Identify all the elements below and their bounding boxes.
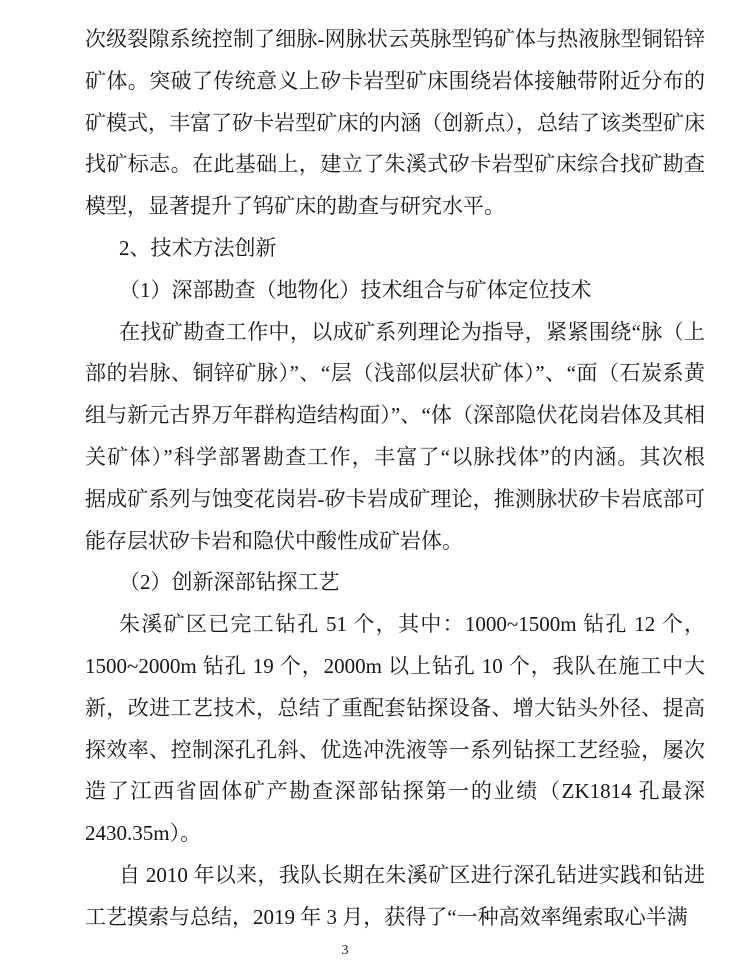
text-line: 部的岩脉、铜锌矿脉）”、“层（浅部似层状矿体）”、“面（石炭系黄龙 [85, 353, 705, 395]
text-line: 能存层状矽卡岩和隐伏中酸性成矿岩体。 [85, 521, 705, 563]
text-line: 关矿体）”科学部署勘查工作，丰富了“以脉找体”的内涵。其次根 [85, 437, 705, 479]
text-line: 工艺摸索与总结，2019 年 3 月，获得了“一种高效率绳索取心半满 [85, 897, 705, 939]
page-number: 3 [0, 941, 690, 961]
text-line: 新，改进工艺技术，总结了重配套钻探设备、增大钻头外径、提高钻 [85, 688, 705, 730]
paragraph: 次级裂隙系统控制了细脉-网脉状云英脉型钨矿体与热液脉型铜铅锌矿体。突破了传统意义… [85, 19, 705, 228]
text-line: 2430.35m）。 [85, 813, 705, 855]
text-line: 组与新元古界万年群构造结构面）”、“体（深部隐伏花岗岩体及其相 [85, 395, 705, 437]
paragraph: （2）创新深部钻探工艺 [85, 562, 705, 604]
text-line: （2）创新深部钻探工艺 [85, 562, 705, 604]
text-line: （1）深部勘查（地物化）技术组合与矿体定位技术 [85, 270, 705, 312]
paragraph: 朱溪矿区已完工钻孔 51 个，其中：1000~1500m 钻孔 12 个，150… [85, 604, 705, 855]
text-line: 次级裂隙系统控制了细脉-网脉状云英脉型钨矿体与热液脉型铜铅锌 [85, 19, 705, 61]
document-body: 次级裂隙系统控制了细脉-网脉状云英脉型钨矿体与热液脉型铜铅锌矿体。突破了传统意义… [85, 19, 705, 939]
text-line: 探效率、控制深孔孔斜、优选冲洗液等一系列钻探工艺经验，屡次创 [85, 730, 705, 772]
text-line: 模型，显著提升了钨矿床的勘查与研究水平。 [85, 186, 705, 228]
text-line: 据成矿系列与蚀变花岗岩-矽卡岩成矿理论，推测脉状矽卡岩底部可 [85, 479, 705, 521]
text-line: 矿模式，丰富了矽卡岩型矿床的内涵（创新点），总结了该类型矿床 [85, 103, 705, 145]
document-page: 次级裂隙系统控制了细脉-网脉状云英脉型钨矿体与热液脉型铜铅锌矿体。突破了传统意义… [0, 0, 736, 976]
paragraph: 自 2010 年以来，我队长期在朱溪矿区进行深孔钻进实践和钻进工艺摸索与总结，2… [85, 855, 705, 939]
text-line: 在找矿勘查工作中，以成矿系列理论为指导，紧紧围绕“脉（上 [85, 312, 705, 354]
paragraph: 2、技术方法创新 [85, 228, 705, 270]
paragraph: （1）深部勘查（地物化）技术组合与矿体定位技术 [85, 270, 705, 312]
text-line: 自 2010 年以来，我队长期在朱溪矿区进行深孔钻进实践和钻进 [85, 855, 705, 897]
text-line: 造了江西省固体矿产勘查深部钻探第一的业绩（ZK1814 孔最深 [85, 771, 705, 813]
text-line: 2、技术方法创新 [85, 228, 705, 270]
text-line: 朱溪矿区已完工钻孔 51 个，其中：1000~1500m 钻孔 12 个， [85, 604, 705, 646]
text-line: 找矿标志。在此基础上，建立了朱溪式矽卡岩型矿床综合找矿勘查新 [85, 144, 705, 186]
paragraph: 在找矿勘查工作中，以成矿系列理论为指导，紧紧围绕“脉（上部的岩脉、铜锌矿脉）”、… [85, 312, 705, 563]
text-line: 矿体。突破了传统意义上矽卡岩型矿床围绕岩体接触带附近分布的成 [85, 61, 705, 103]
text-line: 1500~2000m 钻孔 19 个，2000m 以上钻孔 10 个，我队在施工… [85, 646, 705, 688]
